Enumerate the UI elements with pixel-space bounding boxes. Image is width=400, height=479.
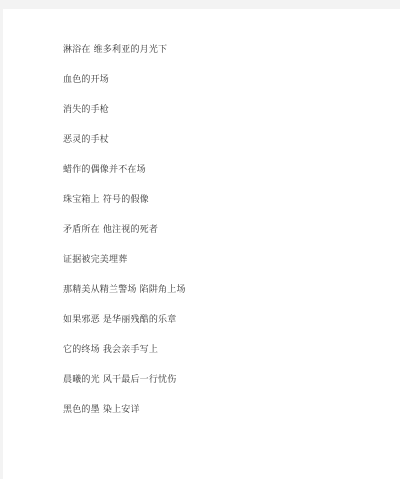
document-page: 淋浴在 维多利亚的月光下 血色的开场 消失的手枪 恶灵的手杖 蜡作的偶像并不在场…	[3, 9, 400, 475]
lyric-line: 矛盾所在 他注视的死者	[63, 224, 186, 254]
lyric-line: 如果邪恶 是华丽残酷的乐章	[63, 314, 186, 344]
lyric-line: 证据被完美埋葬	[63, 254, 186, 284]
lyric-line: 蜡作的偶像并不在场	[63, 164, 186, 194]
lyric-line: 恶灵的手杖	[63, 134, 186, 164]
lyric-line: 淋浴在 维多利亚的月光下	[63, 44, 186, 74]
lyrics-list: 淋浴在 维多利亚的月光下 血色的开场 消失的手枪 恶灵的手杖 蜡作的偶像并不在场…	[63, 44, 186, 434]
lyric-line: 消失的手枪	[63, 104, 186, 134]
lyric-line: 晨曦的光 风干最后一行忧伤	[63, 374, 186, 404]
lyric-line: 那精美从精兰警场 陷阱角上场	[63, 284, 186, 314]
lyric-line: 黑色的墨 染上安详	[63, 404, 186, 434]
lyric-line: 血色的开场	[63, 74, 186, 104]
lyric-line: 它的终场 我会亲手写上	[63, 344, 186, 374]
lyric-line: 珠宝箱上 符号的假像	[63, 194, 186, 224]
